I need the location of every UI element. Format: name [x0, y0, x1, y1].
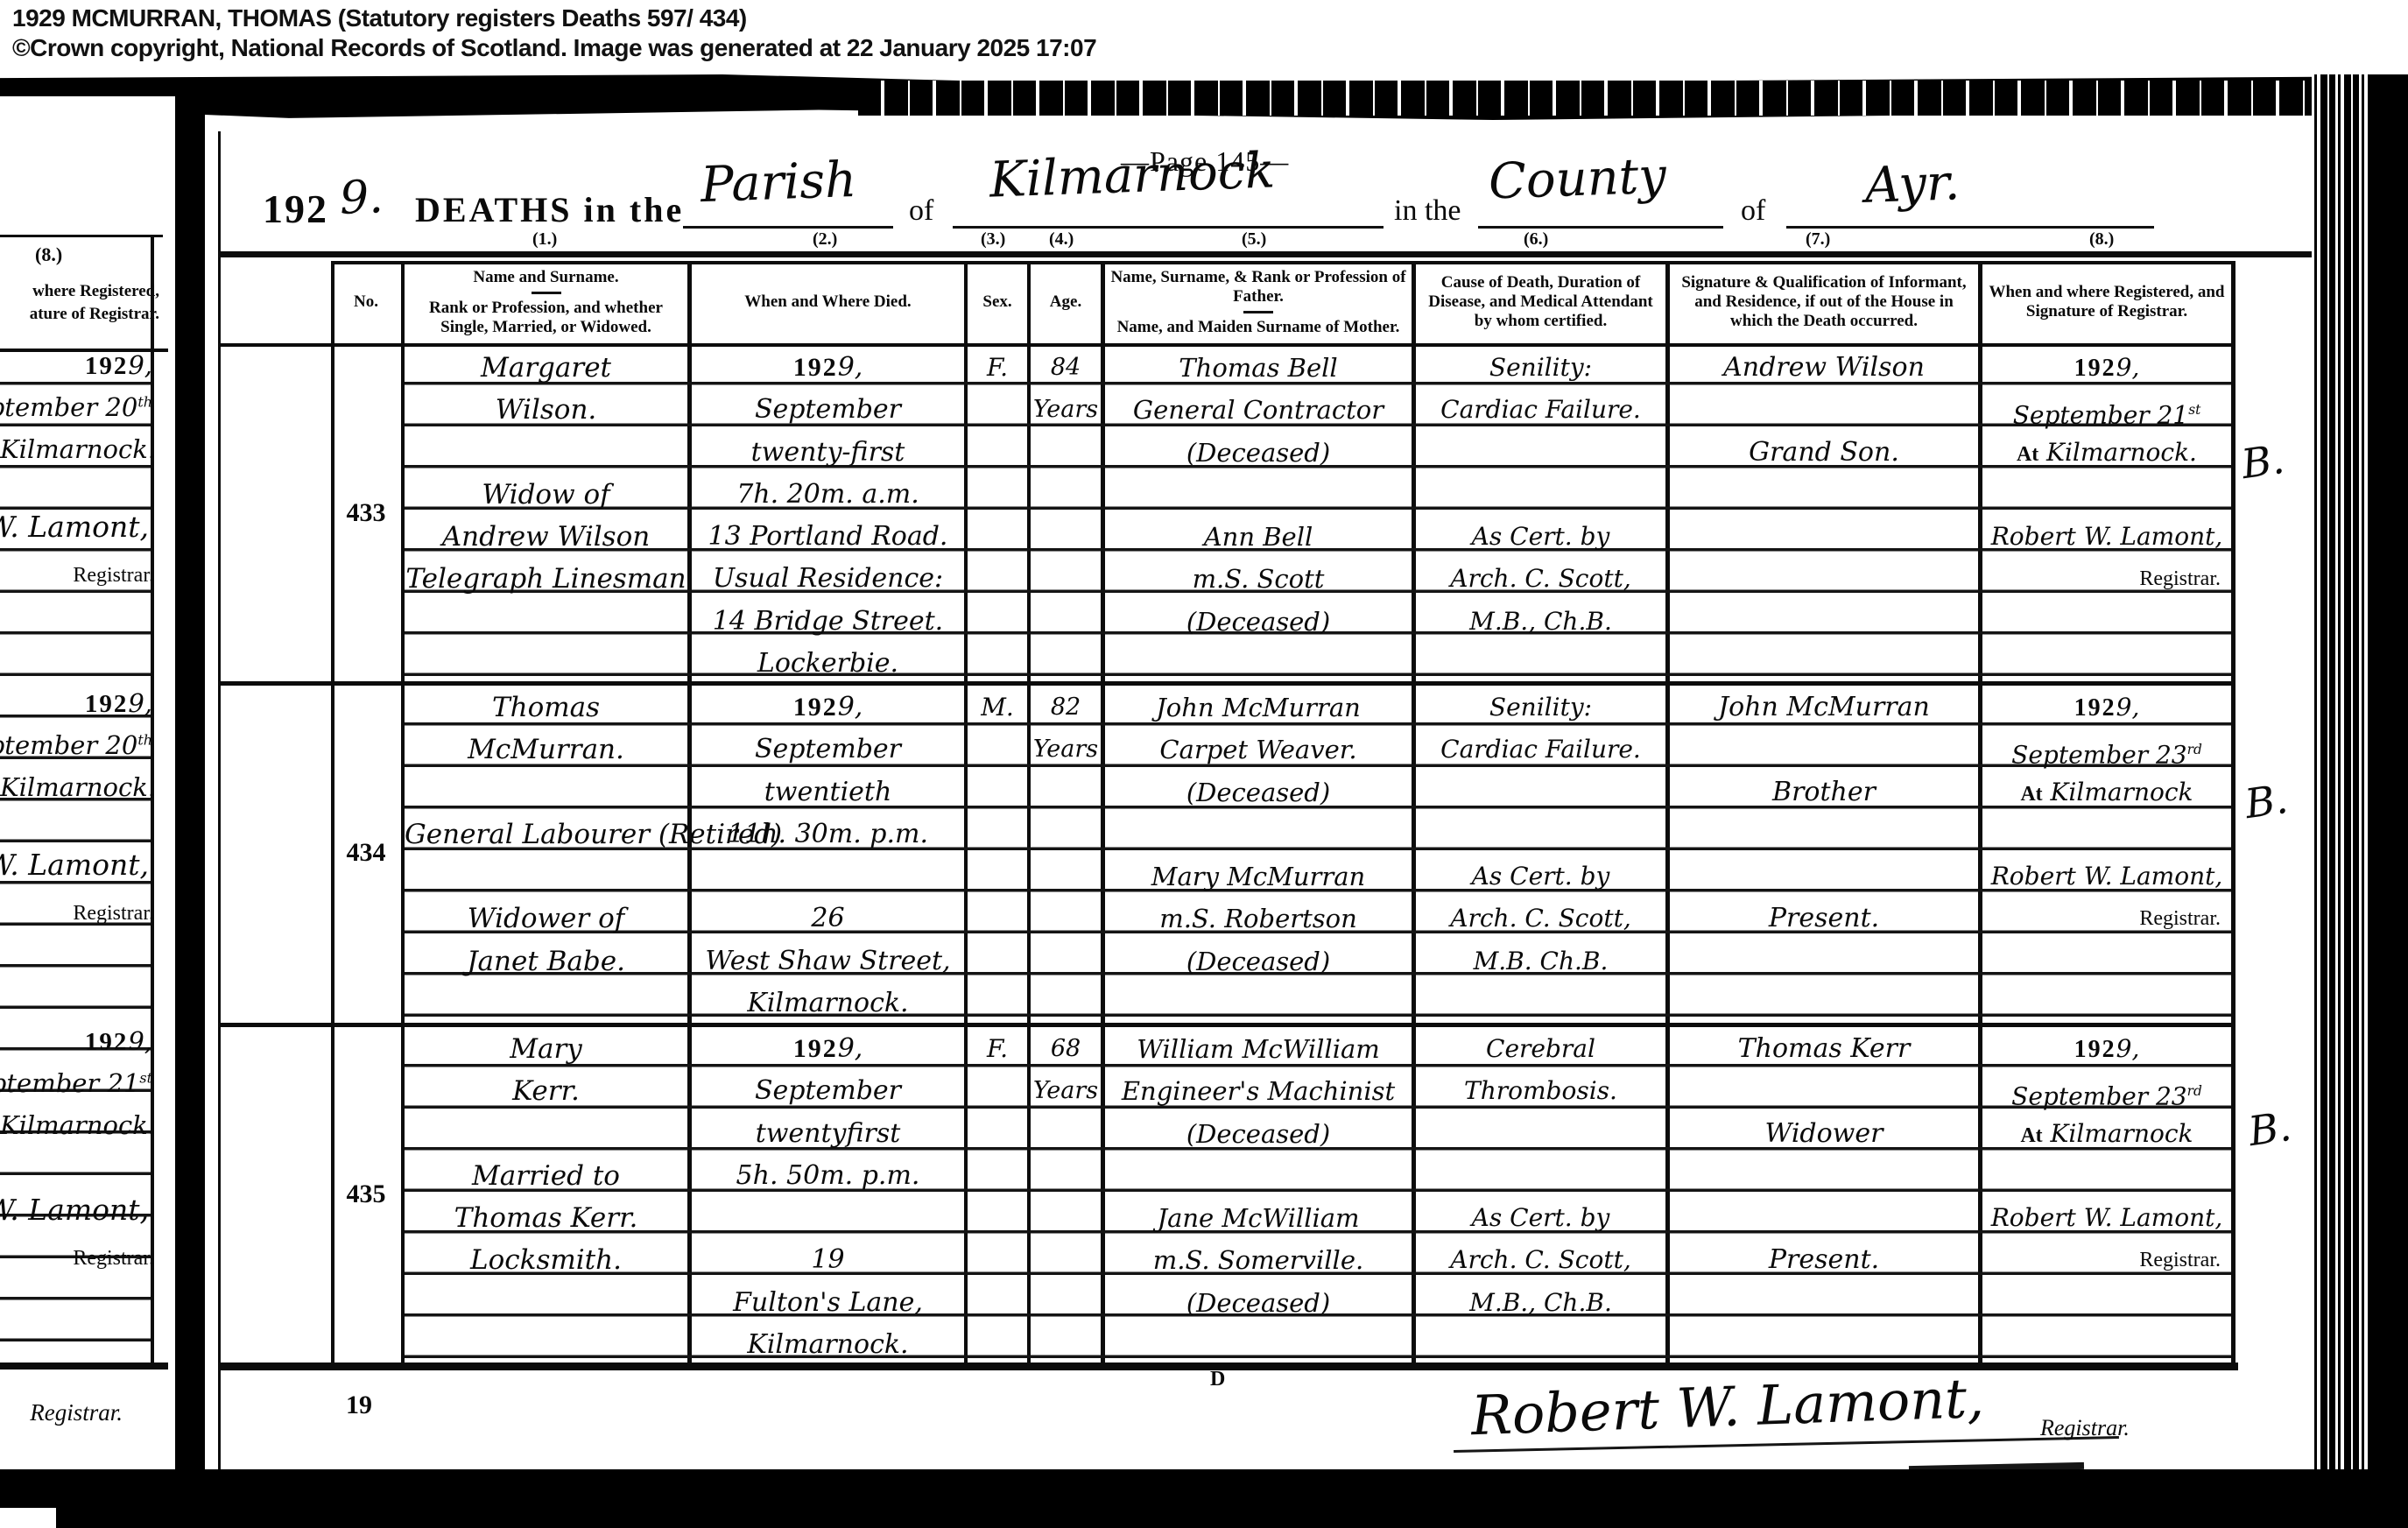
text-line: 13 Portland Road. — [692, 516, 964, 558]
text-line — [405, 856, 687, 898]
text-line: Thomas Bell — [1105, 347, 1412, 389]
text-line: John McMurran — [1670, 687, 1978, 729]
text-line: September — [692, 729, 964, 771]
prev-entry-registrar: Registrar. — [73, 564, 154, 588]
text-line — [1670, 389, 1978, 431]
text-line: M. — [968, 687, 1027, 729]
text-line — [1105, 1155, 1412, 1197]
title-blank-rule — [1478, 226, 1723, 229]
text-line: Wilson. — [405, 389, 687, 431]
col-number-5: (5.) — [1242, 229, 1266, 250]
text-line: (Deceased) — [1105, 601, 1412, 643]
text-line — [1670, 1197, 1978, 1239]
text-line: William McWilliam — [1105, 1028, 1412, 1070]
text-line — [1416, 771, 1665, 813]
text-line: Kilmarnock. — [692, 982, 964, 1025]
text-line: Registrar. — [1982, 898, 2231, 940]
text-line — [1982, 813, 2231, 856]
text-line — [405, 771, 687, 813]
prev-entry-place: Kilmarnock. — [0, 772, 156, 802]
text-line: m.S. Somerville. — [1105, 1239, 1412, 1281]
text-line: As Cert. by — [1416, 516, 1665, 558]
text-line — [1416, 432, 1665, 474]
sheet-number: 19 — [346, 1391, 372, 1420]
text-line — [1982, 474, 2231, 516]
sex-cell: M. — [968, 687, 1027, 729]
text-line: Years — [1031, 389, 1101, 431]
text-line: Registrar. — [1982, 1239, 2231, 1281]
cause-cell: Senility:Cardiac Failure. As Cert. byArc… — [1416, 347, 1665, 643]
entry-number: 434 — [331, 687, 401, 1019]
text-line — [692, 1197, 964, 1239]
page-left-edge — [218, 131, 221, 1471]
text-line: At Kilmarnock. — [1982, 432, 2231, 474]
text-line: (Deceased) — [1105, 1282, 1412, 1324]
text-line: Carpet Weaver. — [1105, 729, 1412, 771]
text-line: Fulton's Lane, — [692, 1282, 964, 1324]
text-line: Present. — [1670, 1239, 1978, 1281]
cause-cell: CerebralThrombosis. As Cert. byArch. C. … — [1416, 1028, 1665, 1324]
prev-header-line1: where Registered, — [32, 282, 159, 301]
col-number-7: (7.) — [1806, 229, 1830, 250]
text-line — [405, 1113, 687, 1155]
text-line: Arch. C. Scott, — [1416, 898, 1665, 940]
informant-cell: Thomas Kerr Widower Present. — [1670, 1028, 1978, 1282]
margin-mark-b: B. — [2238, 435, 2286, 488]
margin-mark-b: B. — [2245, 1102, 2293, 1155]
previous-page-strip: (8.) where Registered, ature of Registra… — [0, 96, 175, 1475]
text-line: 5h. 50m. p.m. — [692, 1155, 964, 1197]
header-age: Age. — [1031, 261, 1101, 343]
text-line: Years — [1031, 729, 1101, 771]
title-in-the: in the — [1394, 194, 1461, 228]
page-fold-divider — [175, 96, 205, 1475]
text-line: 7h. 20m. a.m. — [692, 474, 964, 516]
title-deaths: DEATHS in the — [415, 189, 684, 230]
text-line: (Deceased) — [1105, 1113, 1412, 1155]
text-line: Present. — [1670, 898, 1978, 940]
parents-cell: John McMurranCarpet Weaver.(Deceased) Ma… — [1105, 687, 1412, 982]
title-blank-rule — [683, 226, 893, 229]
text-line: 1929, — [1982, 687, 2231, 729]
name-cell: MargaretWilson. Widow ofAndrew WilsonTel… — [405, 347, 687, 601]
text-line: September — [692, 1070, 964, 1112]
title-of2: of — [1741, 194, 1765, 228]
text-line: September 21st — [1982, 389, 2231, 431]
text-line: 1929, — [1982, 1028, 2231, 1070]
scanned-death-register-page: 1929 MCMURRAN, THOMAS (Statutory registe… — [0, 0, 2408, 1528]
text-line: (Deceased) — [1105, 940, 1412, 982]
died-cell: 1929,Septembertwenty-first7h. 20m. a.m.1… — [692, 347, 964, 685]
text-line: 1929, — [692, 347, 964, 389]
scan-right-band — [2368, 74, 2408, 1528]
prev-entry-date: September 20th — [0, 392, 152, 422]
record-title: 1929 MCMURRAN, THOMAS (Statutory registe… — [12, 4, 1096, 33]
text-line: (Deceased) — [1105, 432, 1412, 474]
text-line: 19 — [692, 1239, 964, 1281]
text-line — [1670, 1155, 1978, 1197]
prev-entry-place: Kilmarnock. — [0, 1110, 156, 1140]
text-line: Grand Son. — [1670, 432, 1978, 474]
title-place-script: Kilmarnock — [989, 142, 1276, 208]
col-number-8: (8.) — [2089, 229, 2114, 250]
text-line: September 23rd — [1982, 1070, 2231, 1112]
text-line: Andrew Wilson — [405, 516, 687, 558]
text-line: Telegraph Linesman — [405, 558, 687, 600]
cause-cell: Senility:Cardiac Failure. As Cert. byArc… — [1416, 687, 1665, 982]
scan-bottom-notch — [0, 1508, 56, 1528]
entry-number: 435 — [331, 1028, 401, 1361]
prev-bottom-registrar-fragment: Registrar. — [30, 1399, 123, 1426]
text-line: F. — [968, 347, 1027, 389]
prev-entry-registrar: Registrar. — [73, 902, 154, 926]
parents-cell: Thomas BellGeneral Contractor(Deceased) … — [1105, 347, 1412, 643]
title-parish-script: Parish — [700, 151, 857, 214]
col-number-3: (3.) — [981, 229, 1005, 250]
registrar-label: Registrar. — [2040, 1415, 2130, 1441]
header-died: When and Where Died. — [692, 261, 964, 343]
text-line: 68 — [1031, 1028, 1101, 1070]
text-line: Lockerbie. — [692, 643, 964, 685]
text-line — [1105, 813, 1412, 856]
col-number-6: (6.) — [1524, 229, 1548, 250]
text-line: Arch. C. Scott, — [1416, 558, 1665, 600]
text-line: Mary McMurran — [1105, 856, 1412, 898]
header-cause: Cause of Death, Duration of Disease, and… — [1416, 261, 1665, 343]
scan-right-streaks — [2312, 74, 2368, 1528]
text-line: McMurran. — [405, 729, 687, 771]
text-line: Brother — [1670, 771, 1978, 813]
text-line: Kilmarnock. — [692, 1324, 964, 1366]
name-cell: ThomasMcMurran. General Labourer (Retire… — [405, 687, 687, 982]
text-line: Robert W. Lamont, — [1982, 1197, 2231, 1239]
text-line: M.B. Ch.B. — [1416, 940, 1665, 982]
prev-column-number: (8.) — [35, 243, 62, 266]
text-line — [1416, 1113, 1665, 1155]
col-number-1: (1.) — [532, 229, 557, 250]
registered-cell: 1929,September 23rdAt Kilmarnock Robert … — [1982, 1028, 2231, 1282]
header-divider — [1243, 311, 1273, 313]
text-line: As Cert. by — [1416, 856, 1665, 898]
text-line: 1929, — [692, 1028, 964, 1070]
prev-entry-place: Kilmarnock. — [0, 434, 156, 464]
age-cell: 82Years — [1031, 687, 1101, 771]
text-line: F. — [968, 1028, 1027, 1070]
text-line: Thomas — [405, 687, 687, 729]
registrar-signature: Robert W. Lamont, — [1470, 1366, 1985, 1447]
col-number-4: (4.) — [1049, 229, 1074, 250]
text-line: September — [692, 389, 964, 431]
text-line: 1929, — [692, 687, 964, 729]
text-line: As Cert. by — [1416, 1197, 1665, 1239]
text-line: Andrew Wilson — [1670, 347, 1978, 389]
sex-cell: F. — [968, 1028, 1027, 1070]
text-line: 11h. 30m. p.m. — [692, 813, 964, 856]
text-line — [692, 856, 964, 898]
text-line: 84 — [1031, 347, 1101, 389]
scan-top-band-texture — [858, 81, 2408, 116]
text-line — [1670, 729, 1978, 771]
text-line: Widower — [1670, 1113, 1978, 1155]
prev-entry-signature: W. Lamont, — [0, 848, 149, 882]
text-line — [1416, 813, 1665, 856]
text-line: Locksmith. — [405, 1239, 687, 1281]
header-divider — [532, 292, 561, 294]
text-line: twentyfirst — [692, 1113, 964, 1155]
text-line: Ann Bell — [1105, 516, 1412, 558]
scan-bottom-band — [0, 1469, 2408, 1528]
prev-header-line2: ature of Registrar. — [30, 305, 159, 324]
title-county-name-script: Ayr. — [1864, 154, 1961, 215]
text-line: John McMurran — [1105, 687, 1412, 729]
parents-cell: William McWilliamEngineer's Machinist(De… — [1105, 1028, 1412, 1324]
margin-mark-b: B. — [2242, 775, 2290, 827]
title-year-printed: 192 — [263, 186, 328, 232]
text-line — [1416, 474, 1665, 516]
entry-number: 433 — [331, 347, 401, 680]
age-cell: 84Years — [1031, 347, 1101, 432]
header-name: Name and Surname. Rank or Profession, an… — [405, 261, 687, 343]
copyright-line: ©Crown copyright, National Records of Sc… — [12, 33, 1096, 63]
text-line: Robert W. Lamont, — [1982, 516, 2231, 558]
text-line: Cerebral — [1416, 1028, 1665, 1070]
text-line: September 23rd — [1982, 729, 2231, 771]
text-line — [1670, 1070, 1978, 1112]
text-line: 82 — [1031, 687, 1101, 729]
text-line: General Contractor — [1105, 389, 1412, 431]
text-line: Cardiac Failure. — [1416, 729, 1665, 771]
text-line: (Deceased) — [1105, 771, 1412, 813]
text-line: M.B., Ch.B. — [1416, 601, 1665, 643]
header-no: No. — [331, 261, 401, 343]
text-line: Thomas Kerr. — [405, 1197, 687, 1239]
text-line: 1929, — [1982, 347, 2231, 389]
text-line: Mary — [405, 1028, 687, 1070]
age-cell: 68Years — [1031, 1028, 1101, 1113]
prev-entry-date-year: 1929, — [85, 688, 152, 719]
col-number-2: (2.) — [813, 229, 837, 250]
text-line: At Kilmarnock — [1982, 771, 2231, 813]
died-cell: 1929,Septembertwentyfirst5h. 50m. p.m. 1… — [692, 1028, 964, 1366]
text-line: Senility: — [1416, 687, 1665, 729]
registered-cell: 1929,September 23rdAt Kilmarnock Robert … — [1982, 687, 2231, 940]
text-line: Widow of — [405, 474, 687, 516]
sex-cell: F. — [968, 347, 1027, 389]
header-parents: Name, Surname, & Rank or Profession of F… — [1105, 261, 1412, 343]
text-line: West Shaw Street, — [692, 940, 964, 982]
text-line — [405, 432, 687, 474]
text-line: Margaret — [405, 347, 687, 389]
text-line: twentieth — [692, 771, 964, 813]
header-sex: Sex. — [968, 261, 1027, 343]
text-line: Usual Residence: — [692, 558, 964, 600]
text-line: Cardiac Failure. — [1416, 389, 1665, 431]
title-year-script: 9. — [339, 171, 384, 225]
sheet-letter: D — [1210, 1368, 1225, 1391]
title-of1: of — [909, 194, 933, 228]
text-line: Kerr. — [405, 1070, 687, 1112]
header-informant: Signature & Qualification of Informant, … — [1670, 261, 1978, 343]
text-line: Thrombosis. — [1416, 1070, 1665, 1112]
prev-entry-date-year: 1929, — [85, 350, 152, 381]
text-line: General Labourer (Retired) — [405, 813, 687, 856]
text-line — [1670, 856, 1978, 898]
text-line: Arch. C. Scott, — [1416, 1239, 1665, 1281]
informant-cell: Andrew Wilson Grand Son. — [1670, 347, 1978, 474]
text-line: Jane McWilliam — [1105, 1197, 1412, 1239]
registered-cell: 1929,September 21stAt Kilmarnock. Robert… — [1982, 347, 2231, 601]
informant-cell: John McMurran Brother Present. — [1670, 687, 1978, 940]
text-line: Registrar. — [1982, 558, 2231, 600]
text-line: At Kilmarnock — [1982, 1113, 2231, 1155]
text-line — [1982, 1155, 2231, 1197]
text-line — [1670, 813, 1978, 856]
text-line — [1416, 1155, 1665, 1197]
title-blank-rule — [953, 226, 1384, 229]
name-cell: MaryKerr. Married toThomas Kerr.Locksmit… — [405, 1028, 687, 1282]
text-line: Widower of — [405, 898, 687, 940]
text-line: Robert W. Lamont, — [1982, 856, 2231, 898]
died-cell: 1929,Septembertwentieth11h. 30m. p.m. 26… — [692, 687, 964, 1025]
text-line: Married to — [405, 1155, 687, 1197]
text-line: twenty-first — [692, 432, 964, 474]
text-line: m.S. Robertson — [1105, 898, 1412, 940]
table-top-rule — [219, 251, 2312, 257]
text-line: Janet Babe. — [405, 940, 687, 982]
prev-entry-signature: W. Lamont, — [0, 510, 149, 544]
prev-entry-date: September 21st — [0, 1068, 152, 1098]
text-line: Thomas Kerr — [1670, 1028, 1978, 1070]
text-line: M.B., Ch.B. — [1416, 1282, 1665, 1324]
text-line: Years — [1031, 1070, 1101, 1112]
prev-entry-date-year: 1929, — [85, 1026, 152, 1057]
nrs-header: 1929 MCMURRAN, THOMAS (Statutory registe… — [12, 4, 1096, 63]
prev-entry-signature: W. Lamont, — [0, 1193, 149, 1227]
prev-entry-date: September 20th — [0, 730, 152, 760]
title-blank-rule — [1786, 226, 2154, 229]
text-line: 14 Bridge Street. — [692, 601, 964, 643]
text-line: m.S. Scott — [1105, 558, 1412, 600]
text-line — [1105, 474, 1412, 516]
text-line: Engineer's Machinist — [1105, 1070, 1412, 1112]
column-border — [2231, 261, 2235, 1366]
text-line: 26 — [692, 898, 964, 940]
text-line: Senility: — [1416, 347, 1665, 389]
header-registered: When and where Registered, and Signature… — [1982, 261, 2231, 343]
prev-entry-registrar: Registrar. — [73, 1247, 154, 1271]
title-county-script: County — [1488, 147, 1667, 210]
